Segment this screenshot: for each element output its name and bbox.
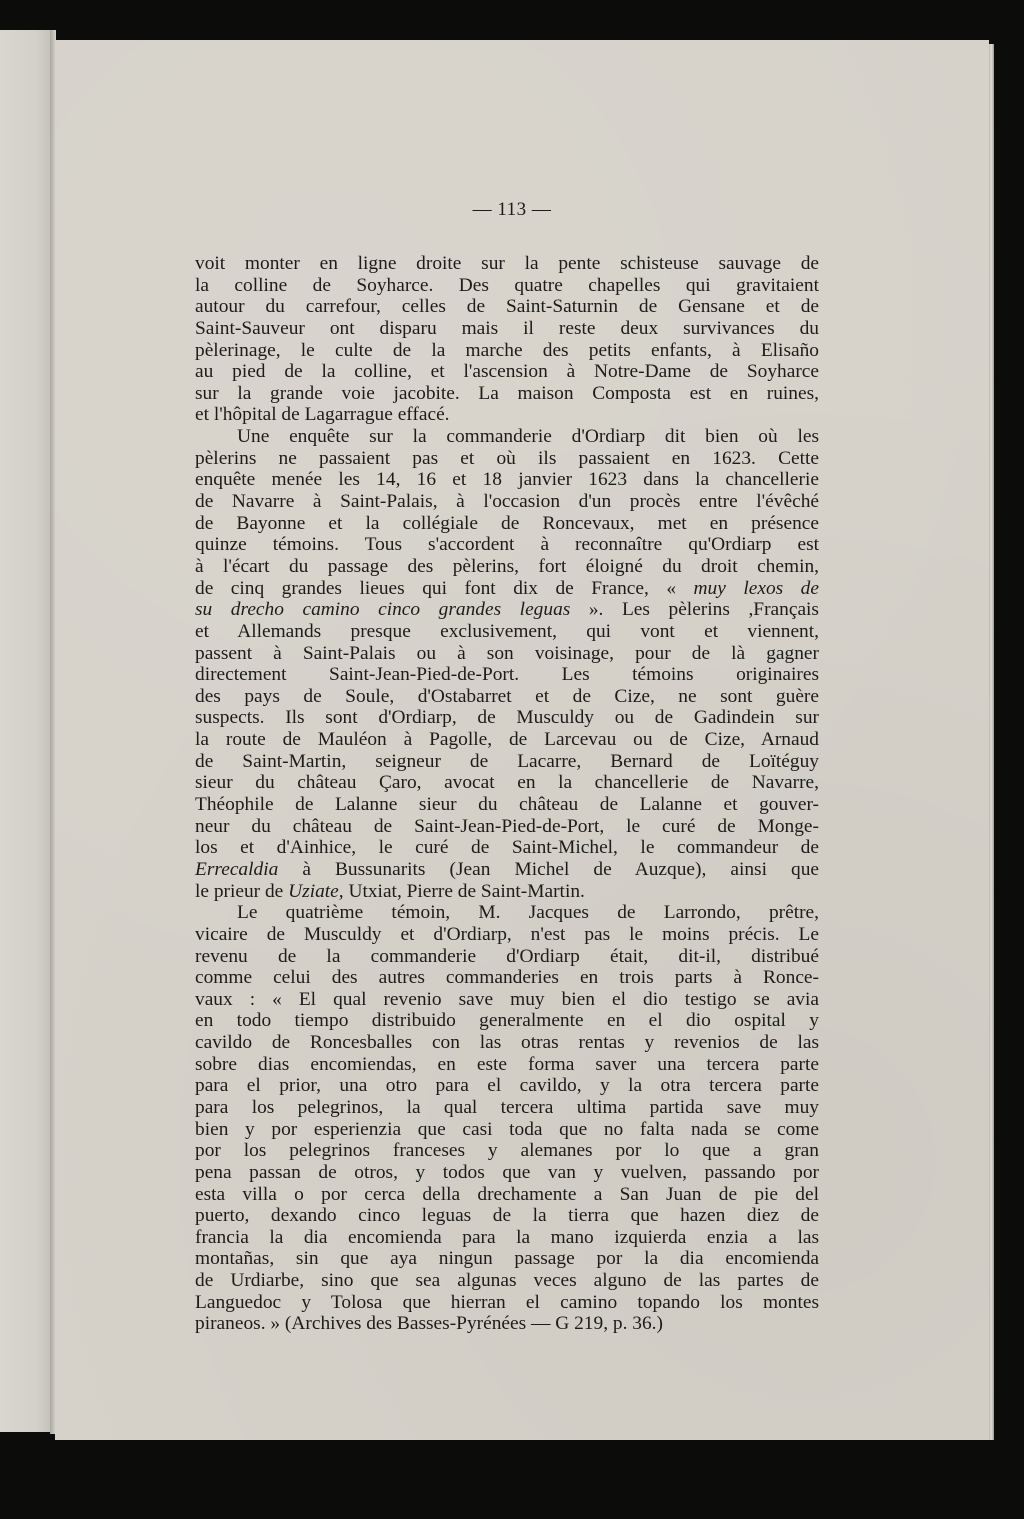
text-line: de Urdiarbe, sino que sea algunas veces … [195,1270,819,1292]
text-line: la route de Mauléon à Pagolle, de Larcev… [195,729,819,751]
text-line: por los pelegrinos franceses y alemanes … [195,1140,819,1162]
text-line: vicaire de Musculdy et d'Ordiarp, n'est … [195,924,819,946]
text-line: bien y por esperienzia que casi toda que… [195,1119,819,1141]
text-line: Théophile de Lalanne sieur du château de… [195,794,819,816]
text-line: au pied de la colline, et l'ascension à … [195,361,819,383]
text-line: Saint-Sauveur ont disparu mais il reste … [195,318,819,340]
text-line: para el prior, una otro para el cavildo,… [195,1075,819,1097]
text-line: voit monter en ligne droite sur la pente… [195,253,819,275]
text-line: Une enquête sur la commanderie d'Ordiarp… [195,426,819,448]
text-line: pèlerins ne passaient pas et où ils pass… [195,448,819,470]
text-line: cavildo de Roncesballes con las otras re… [195,1032,819,1054]
text-line: des pays de Soule, d'Ostabarret et de Ci… [195,686,819,708]
text-line: su drecho camino cinco grandes leguas ».… [195,599,819,621]
text-line: pena passan de otros, y todos que van y … [195,1162,819,1184]
text-line: sobre dias encomiendas, en este forma sa… [195,1054,819,1076]
italic-quote: su drecho camino cinco grandes leguas [195,599,570,620]
paragraph: voit monter en ligne droite sur la pente… [195,253,819,426]
text-line: piraneos. » (Archives des Basses-Pyrénée… [195,1313,819,1335]
text-line: puerto, dexando cinco leguas de la tierr… [195,1205,819,1227]
text-line: et Allemands presque exclusivement, qui … [195,621,819,643]
text-line: de cinq grandes lieues qui font dix de F… [195,578,819,600]
text-line: le prieur de Uziate, Utxiat, Pierre de S… [195,881,819,903]
italic-quote: Uziate, [288,881,343,902]
paragraph: Une enquête sur la commanderie d'Ordiarp… [195,426,819,902]
text-line: revenu de la commanderie d'Ordiarp était… [195,946,819,968]
text-line: montañas, sin que aya ningun passage por… [195,1248,819,1270]
paragraph: Le quatrième témoin, M. Jacques de Larro… [195,902,819,1335]
text-line: sur la grande voie jacobite. La maison C… [195,383,819,405]
text-line: Languedoc y Tolosa que hierran el camino… [195,1292,819,1314]
text-line: en todo tiempo distribuido generalmente … [195,1010,819,1032]
body-text: voit monter en ligne droite sur la pente… [195,253,819,1335]
text-line: de Saint-Martin, seigneur de Lacarre, Be… [195,751,819,773]
text-line: francia la dia encomienda para la mano i… [195,1227,819,1249]
text-line: neur du château de Saint-Jean-Pied-de-Po… [195,816,819,838]
text-line: de Navarre à Saint-Palais, à l'occasion … [195,491,819,513]
text-line: pèlerinage, le culte de la marche des pe… [195,340,819,362]
text-line: comme celui des autres commanderies en t… [195,967,819,989]
page-stack-edge [989,44,994,1440]
text-line: autour du carrefour, celles de Saint-Sat… [195,296,819,318]
facing-page-edge [0,30,52,1432]
text-line: esta villa o por cerca della drechamente… [195,1184,819,1206]
text-line: de Bayonne et la collégiale de Roncevaux… [195,513,819,535]
text-line: Errecaldia à Bussunarits (Jean Michel de… [195,859,819,881]
text-line: directement Saint-Jean-Pied-de-Port. Les… [195,664,819,686]
text-line: la colline de Soyharce. Des quatre chape… [195,275,819,297]
text-line: à l'écart du passage des pèlerins, fort … [195,556,819,578]
italic-quote: muy lexos de [694,578,819,599]
text-line: vaux : « El qual revenio save muy bien e… [195,989,819,1011]
text-line: los et d'Ainhice, le curé de Saint-Miche… [195,837,819,859]
text-line: quinze témoins. Tous s'accordent à recon… [195,534,819,556]
text-line: sieur du château Çaro, avocat en la chan… [195,772,819,794]
text-line: suspects. Ils sont d'Ordiarp, de Musculd… [195,707,819,729]
text-line: enquête menée les 14, 16 et 18 janvier 1… [195,469,819,491]
text-line: Le quatrième témoin, M. Jacques de Larro… [195,902,819,924]
italic-quote: Errecaldia [195,859,278,880]
page-number: — 113 — [0,199,1024,221]
text-line: para los pelegrinos, la qual tercera ult… [195,1097,819,1119]
text-line: passent à Saint-Palais ou à son voisinag… [195,643,819,665]
text-line: et l'hôpital de Lagarrague effacé. [195,404,819,426]
